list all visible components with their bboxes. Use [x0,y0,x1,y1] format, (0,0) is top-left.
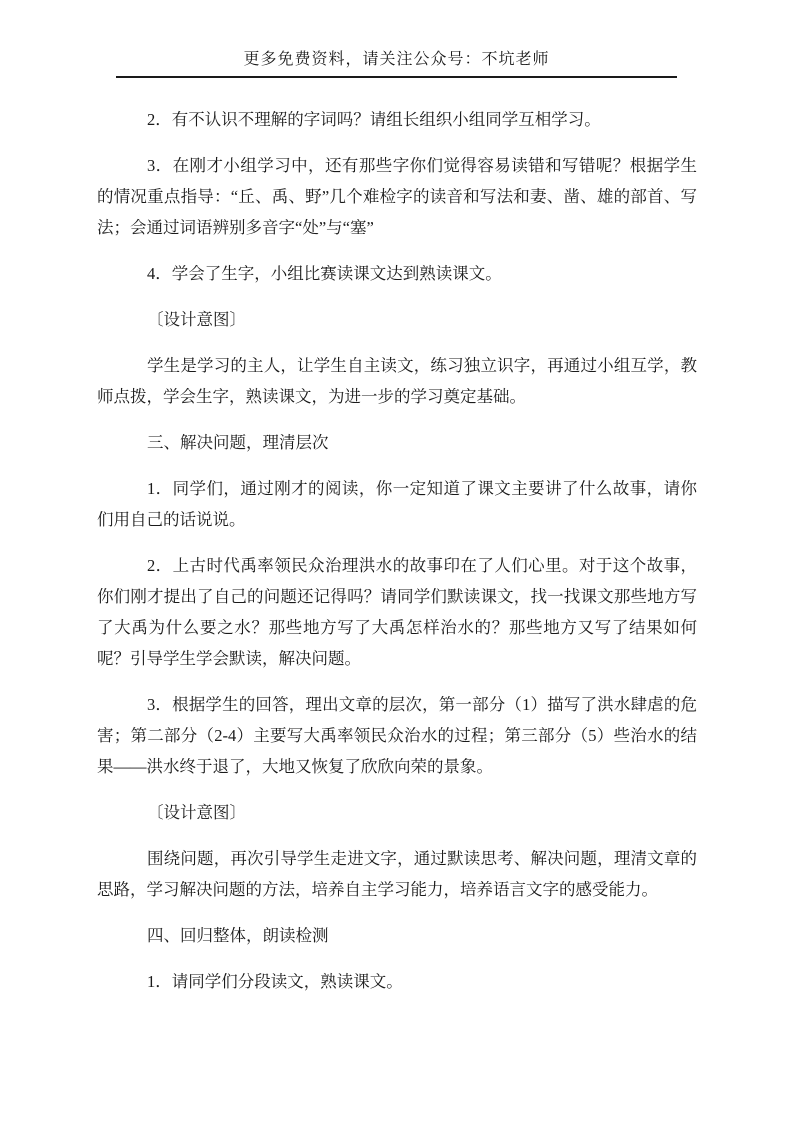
header-text: 更多免费资料，请关注公众号：不坑老师 [0,51,793,69]
body-paragraph: 学生是学习的主人，让学生自主读文，练习独立识字，再通过小组互学，教师点拨，学会生… [97,350,697,412]
numbered-item: 4．学会了生字，小组比赛读课文达到熟读课文。 [97,258,697,289]
document-page: 更多免费资料，请关注公众号：不坑老师 2．有不认识不理解的字词吗？请组长组织小组… [0,0,793,1122]
numbered-item: 2．上古时代禹率领民众治理洪水的故事印在了人们心里。对于这个故事，你们刚才提出了… [97,550,697,674]
section-heading: 三、解决问题，理清层次 [97,427,697,458]
section-heading: 四、回归整体，朗读检测 [97,920,697,951]
body-paragraph: 围绕问题，再次引导学生走进文字，通过默读思考、解决问题，理清文章的思路，学习解决… [97,843,697,905]
numbered-item: 1．同学们，通过刚才的阅读，你一定知道了课文主要讲了什么故事，请你们用自己的话说… [97,473,697,535]
numbered-item: 2．有不认识不理解的字词吗？请组长组织小组同学互相学习。 [97,104,697,135]
design-intent-label: 〔设计意图〕 [97,797,697,828]
numbered-item: 3．根据学生的回答，理出文章的层次，第一部分（1）描写了洪水肆虐的危害；第二部分… [97,689,697,782]
design-intent-label: 〔设计意图〕 [97,304,697,335]
document-body: 2．有不认识不理解的字词吗？请组长组织小组同学互相学习。 3．在刚才小组学习中，… [97,104,697,1012]
numbered-item: 1．请同学们分段读文，熟读课文。 [97,966,697,997]
header-rule [116,76,677,78]
numbered-item: 3．在刚才小组学习中，还有那些字你们觉得容易读错和写错呢？根据学生的情况重点指导… [97,150,697,243]
